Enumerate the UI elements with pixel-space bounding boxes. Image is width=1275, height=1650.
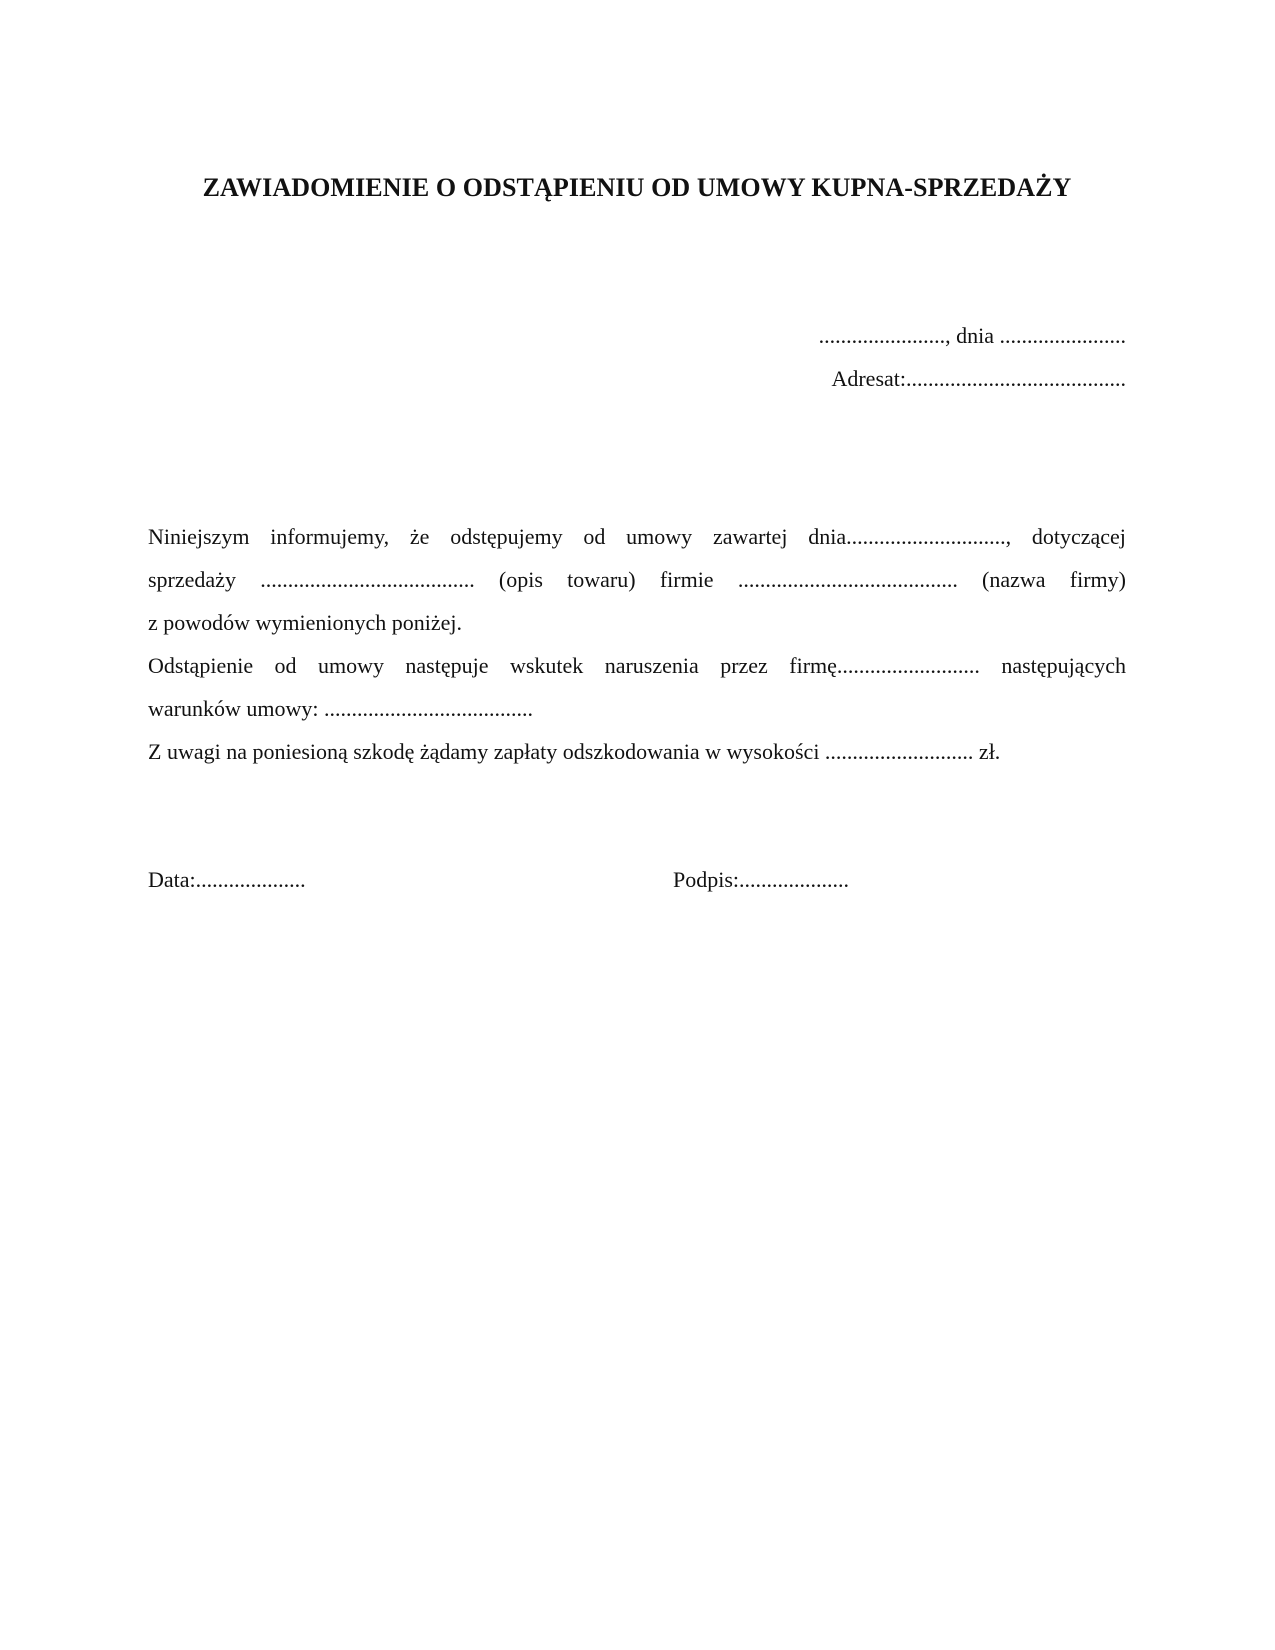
- body-line-1: Niniejszyminformujemy,żeodstępujemyodumo…: [148, 515, 1126, 558]
- body-word: .......................................: [260, 558, 475, 601]
- body-word: przez: [720, 644, 768, 687]
- body-word: następujących: [1001, 644, 1126, 687]
- body-word: od: [583, 515, 605, 558]
- body-word: firmy): [1070, 558, 1126, 601]
- body-word: dotyczącej: [1032, 515, 1126, 558]
- body-line-4: Odstąpienieodumowynastępujewskuteknarusz…: [148, 644, 1126, 687]
- body-word: od: [275, 644, 297, 687]
- document-page: ZAWIADOMIENIE O ODSTĄPIENIU OD UMOWY KUP…: [0, 0, 1275, 1650]
- body-word: umowy: [626, 515, 692, 558]
- header-right-block: ......................., dnia ..........…: [819, 314, 1126, 400]
- addressee-line: Adresat:................................…: [819, 357, 1126, 400]
- place-date-line: ......................., dnia ..........…: [819, 314, 1126, 357]
- body-word: towaru): [567, 558, 635, 601]
- body-word: zawartej: [713, 515, 788, 558]
- body-word: sprzedaży: [148, 558, 236, 601]
- body-word: następuje: [405, 644, 488, 687]
- body-word: informujemy,: [270, 515, 389, 558]
- date-signature-field: Data:....................: [148, 858, 306, 901]
- body-word: firmie: [660, 558, 714, 601]
- body-word: umowy: [318, 644, 384, 687]
- body-line-5: warunków umowy: ........................…: [148, 687, 1126, 730]
- body-word: odstępujemy: [450, 515, 562, 558]
- body-word: (nazwa: [982, 558, 1046, 601]
- body-word: ........................................: [738, 558, 958, 601]
- body-line-2: sprzedaży...............................…: [148, 558, 1126, 601]
- body-word: Odstąpienie: [148, 644, 253, 687]
- body-paragraph: Niniejszyminformujemy,żeodstępujemyodumo…: [148, 515, 1126, 773]
- body-word: naruszenia: [605, 644, 699, 687]
- document-title: ZAWIADOMIENIE O ODSTĄPIENIU OD UMOWY KUP…: [148, 172, 1126, 204]
- body-word: firmę..........................: [789, 644, 980, 687]
- body-word: dnia.............................,: [808, 515, 1011, 558]
- body-word: wskutek: [510, 644, 583, 687]
- signature-field: Podpis:....................: [673, 858, 849, 901]
- body-word: że: [410, 515, 430, 558]
- body-word: Niniejszym: [148, 515, 249, 558]
- body-line-6: Z uwagi na poniesioną szkodę żądamy zapł…: [148, 730, 1126, 773]
- body-line-3: z powodów wymienionych poniżej.: [148, 601, 1126, 644]
- body-word: (opis: [499, 558, 543, 601]
